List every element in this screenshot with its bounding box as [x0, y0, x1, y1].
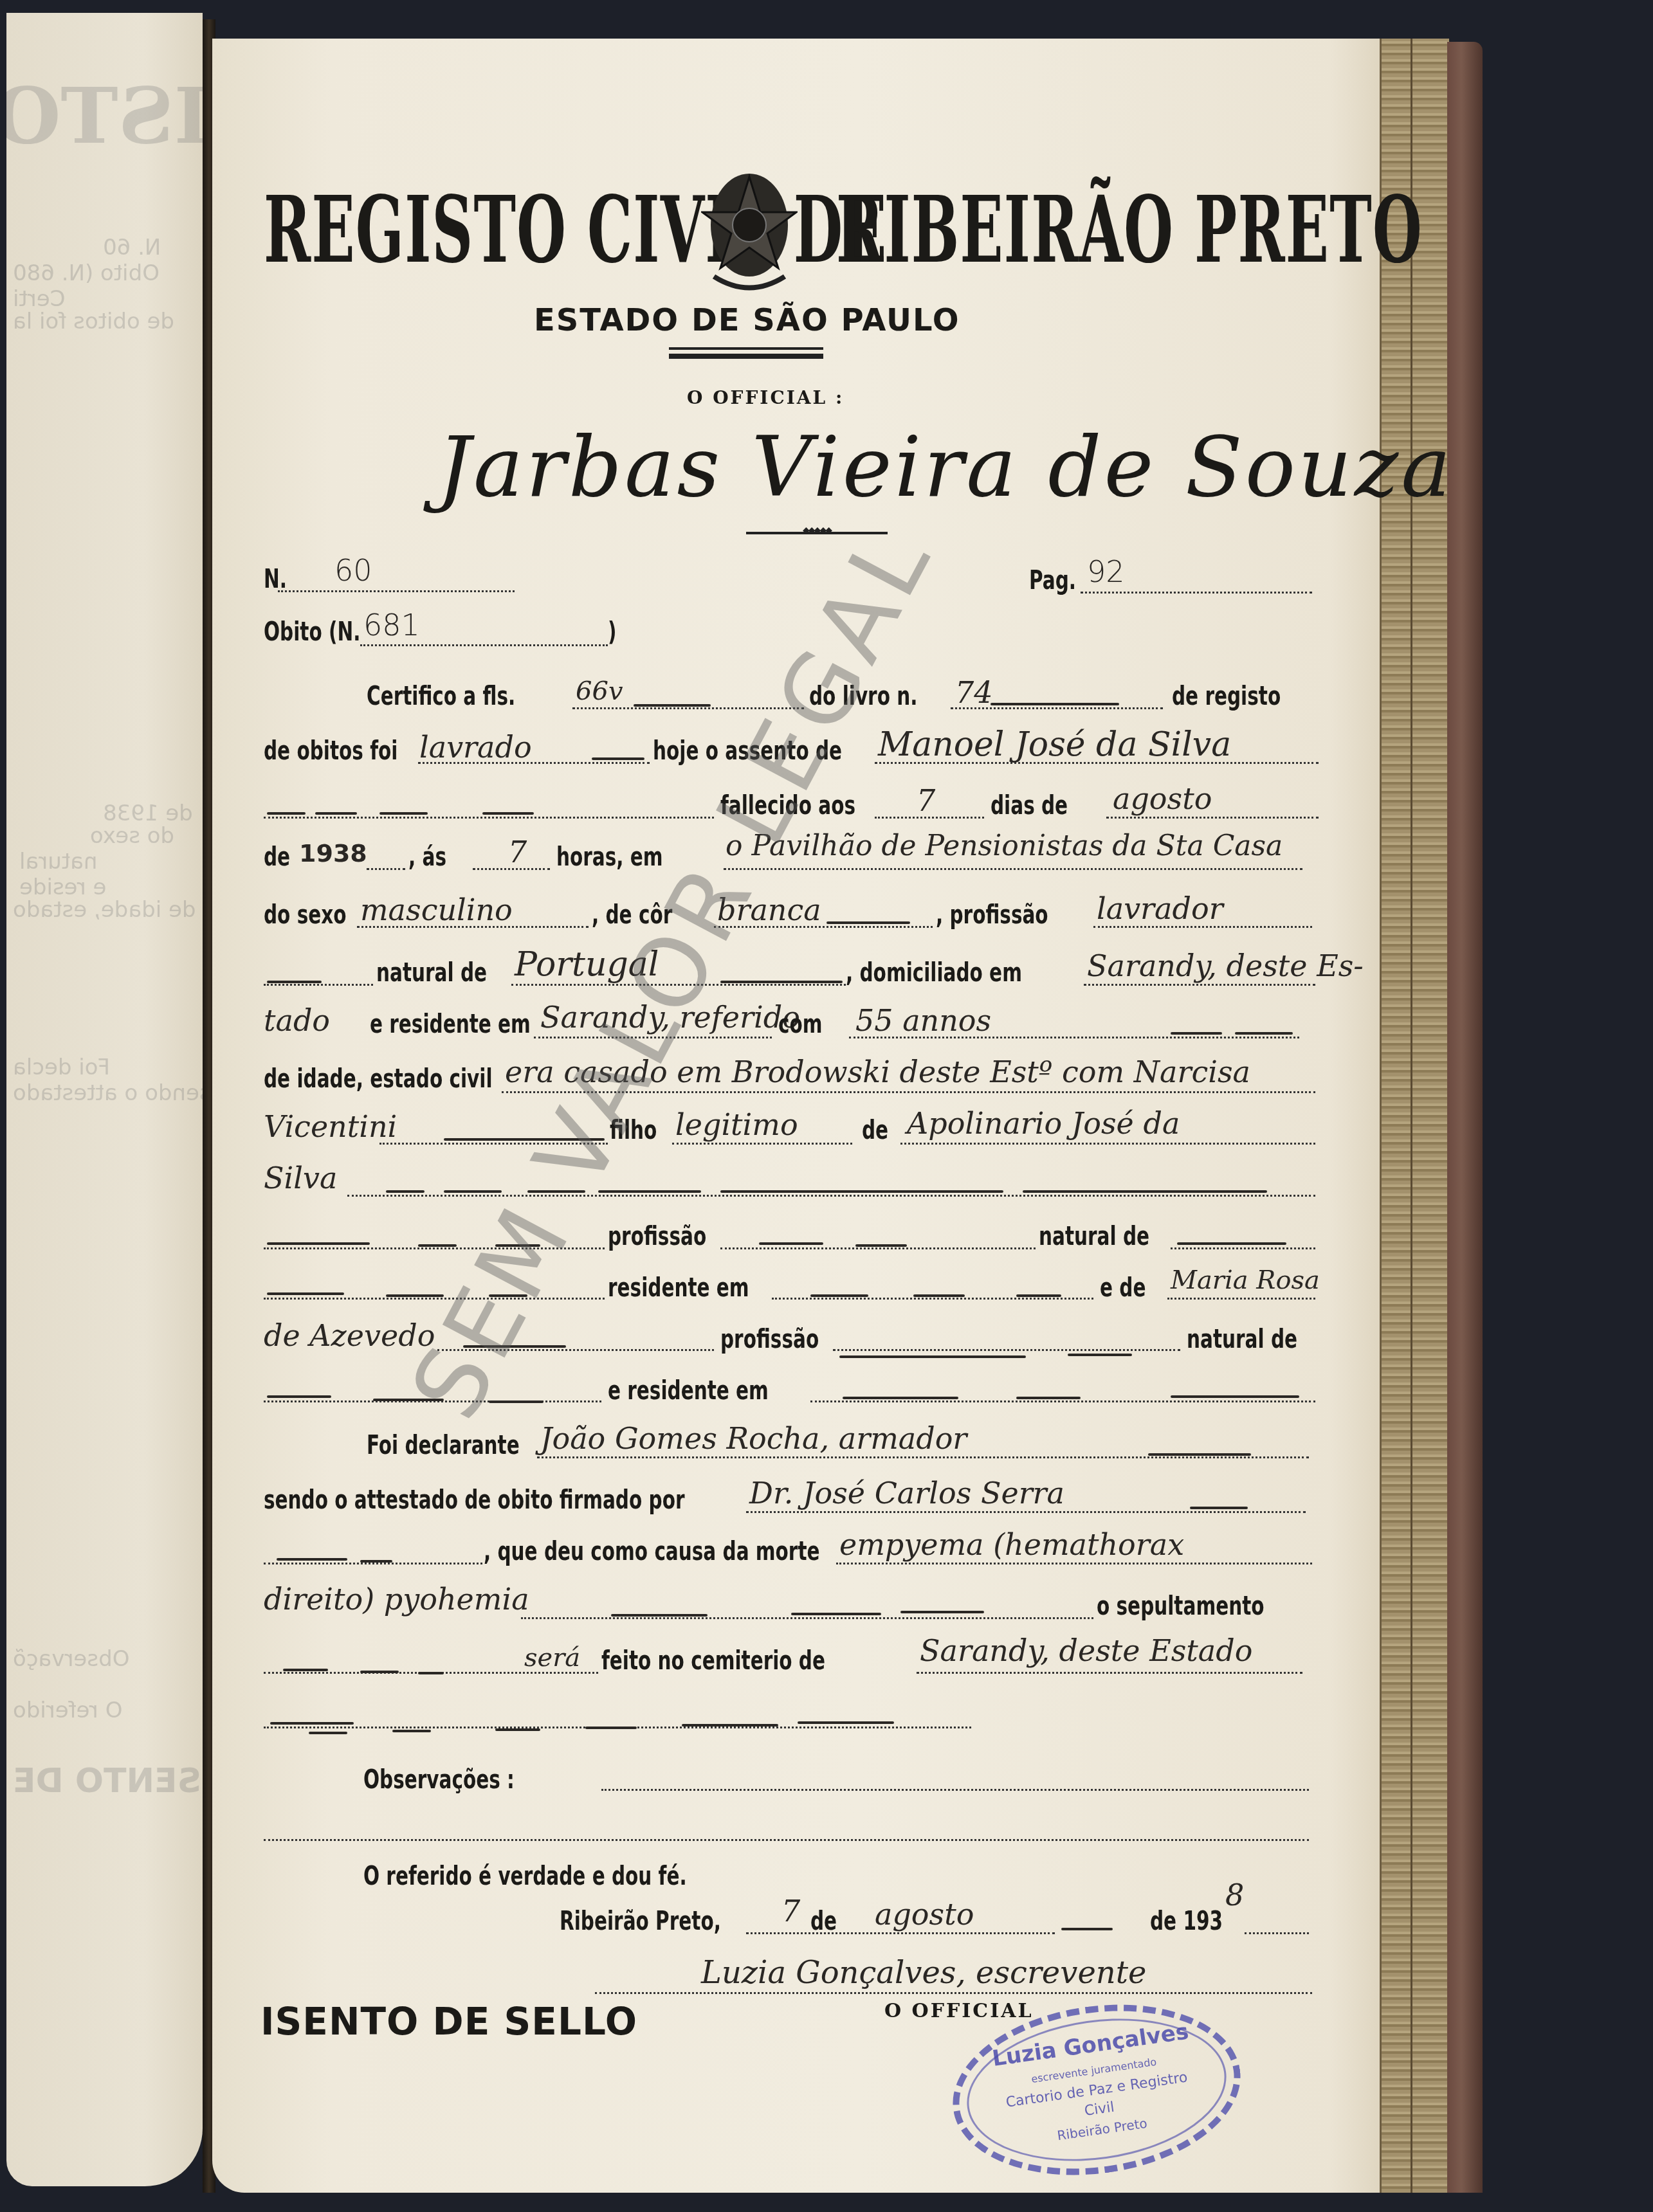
- filler-dash: [720, 1190, 1003, 1193]
- filler-dash: [283, 1669, 328, 1671]
- sexo-value: masculino: [360, 893, 513, 927]
- filler-dash: [1016, 1397, 1081, 1399]
- obito-label: Obito (N.: [264, 617, 360, 647]
- obito-value: 681: [363, 608, 420, 642]
- declarante-value: João Gomes Rocha, armador: [540, 1421, 967, 1456]
- idade-label: de idade, estado civil: [264, 1064, 492, 1094]
- brazil-coat-of-arms-icon: [701, 164, 798, 305]
- date-field-line: [746, 1932, 1055, 1934]
- filler-dash: [392, 1730, 431, 1732]
- ghost-line: O referido: [13, 1698, 122, 1723]
- pag-value: 92: [1087, 554, 1125, 589]
- father-value: Apolinario José da: [907, 1106, 1180, 1141]
- filler-dash: [798, 1721, 894, 1724]
- ghost-line: e reside: [19, 875, 107, 900]
- deceased-name: Manoel José da Silva: [878, 725, 1231, 764]
- causa-cont-line: [521, 1617, 1093, 1619]
- horas-label: horas, em: [556, 842, 663, 872]
- de-year-label: de: [264, 842, 290, 872]
- filler-dash: [267, 1242, 370, 1245]
- year-field-line: [367, 868, 405, 870]
- filler-dash: [791, 1613, 881, 1615]
- residente-label: e residente em: [370, 1010, 531, 1039]
- filler-dash: [682, 1724, 778, 1727]
- declarante-field-line: [537, 1456, 1309, 1458]
- header-rule: [669, 347, 823, 359]
- filler-dash: [827, 921, 910, 924]
- certifico-label: Certifico a fls.: [367, 682, 515, 711]
- date-day-value: 7: [781, 1894, 800, 1928]
- causa-label: , que deu como causa da morte: [484, 1537, 820, 1566]
- mother-profissao-field-line: [833, 1349, 1180, 1351]
- filler-dash: [267, 1292, 344, 1295]
- filler-dash: [495, 1728, 540, 1731]
- mother-residente-field-line: [810, 1401, 1315, 1402]
- filler-dash: [267, 1395, 331, 1398]
- city-label: Ribeirão Preto,: [560, 1907, 721, 1936]
- n-value: 60: [334, 553, 372, 588]
- mother-profissao-label: profissão: [720, 1325, 819, 1354]
- sera-value: será: [524, 1643, 580, 1673]
- filler-dash: [1148, 1453, 1251, 1456]
- filler-dash: [309, 1732, 347, 1734]
- father-field-line: [900, 1143, 1315, 1145]
- filler-dash: [634, 704, 711, 707]
- filler-dash: [810, 1294, 868, 1297]
- month-value: agosto: [1113, 781, 1212, 816]
- n-field-line: [278, 590, 515, 592]
- observacoes-field-line[interactable]: [601, 1789, 1309, 1791]
- ghost-line: sendo o attestado: [13, 1080, 203, 1106]
- filler-dash: [855, 1244, 907, 1247]
- filler-dash: [585, 1727, 637, 1729]
- e-de-label: e de: [1100, 1273, 1146, 1303]
- isento-de-sello-label: ISENTO DE SELLO: [260, 2000, 637, 2044]
- livro-value: 74: [955, 675, 993, 710]
- attestado-label: sendo o attestado de obito firmado por: [264, 1485, 685, 1515]
- filler-dash: [267, 812, 306, 815]
- signer-signature: Luzia Gonçalves, escrevente: [701, 1955, 1146, 1991]
- profissao-field-line: [1093, 926, 1312, 928]
- father-natural-label: natural de: [1039, 1222, 1149, 1251]
- place-field-line: [724, 868, 1302, 870]
- domiciliado-value-cont: tado: [264, 1003, 330, 1038]
- sexo-label: do sexo: [264, 900, 347, 930]
- signature-official-label: O OFFICIAL: [884, 2000, 1034, 2022]
- year-field-line: [1245, 1932, 1309, 1934]
- filler-dash: [1177, 1242, 1286, 1245]
- cemiterio-field-line: [917, 1672, 1302, 1674]
- ghost-line: Certi: [13, 286, 65, 312]
- filler-dash: [418, 1244, 457, 1247]
- filler-dash: [379, 812, 428, 815]
- father-value-cont: Silva: [264, 1161, 337, 1195]
- ghost-line: ISENTO DE: [13, 1762, 203, 1800]
- profissao-value: lavrador: [1097, 891, 1223, 926]
- filho-value: legitimo: [675, 1107, 798, 1142]
- ghost-line: de 1938: [103, 801, 193, 826]
- filler-dash: [360, 1560, 392, 1563]
- de-obitos-label: de obitos foi: [264, 736, 397, 766]
- filler-dash: [1171, 1395, 1299, 1398]
- subtitle-state: ESTADO DE SÃO PAULO: [534, 302, 960, 338]
- causa-value-cont: direito) pyohemia: [264, 1582, 529, 1617]
- place-value: o Pavilhão de Pensionistas da Sta Casa: [726, 829, 1283, 862]
- filler-dash: [720, 981, 843, 983]
- filler-dash: [1023, 1190, 1267, 1193]
- filler-dash: [1061, 1928, 1113, 1930]
- dias-value: 7: [917, 783, 935, 818]
- attestado-value: Dr. José Carlos Serra: [749, 1476, 1064, 1510]
- filler-dash: [759, 1242, 823, 1245]
- hours-value: 7: [508, 835, 527, 869]
- causa-field-line: [836, 1563, 1312, 1564]
- filler-dash: [1235, 1032, 1293, 1035]
- father-residente-field-line: [772, 1298, 1093, 1300]
- ghost-line: do sexo: [90, 823, 174, 849]
- father-profissao-field-line: [720, 1247, 1036, 1249]
- cemiterio-value: Sarandy, deste Estado: [920, 1633, 1252, 1668]
- father-profissao-label: profissão: [608, 1222, 706, 1251]
- date-month-value: agosto: [875, 1897, 974, 1932]
- filler-dash: [270, 1722, 354, 1725]
- signature-line: [595, 1992, 1312, 1994]
- obito-close: ): [608, 617, 616, 647]
- dias-label: dias de: [991, 791, 1068, 820]
- observacoes-label: Observações :: [363, 1765, 515, 1795]
- filler-dash: [386, 1294, 444, 1297]
- father-residente-label: residente em: [608, 1273, 749, 1303]
- mother-field-line: [1167, 1298, 1315, 1300]
- ghost-line: N. 60: [103, 235, 161, 260]
- ghost-line: de obitos foi la: [13, 309, 174, 334]
- filler-dash: [360, 1671, 399, 1673]
- estado-civil-value-cont: Vicentini: [264, 1109, 397, 1144]
- date-year-prefix: de 193: [1150, 1907, 1223, 1936]
- title-right: RIBEIRÃO PRETO: [836, 177, 1423, 284]
- filler-dash: [277, 1558, 347, 1561]
- filler-dash: [592, 757, 644, 760]
- referido-label: O referido é verdade e dou fé.: [363, 1862, 687, 1891]
- domiciliado-field-line: [1084, 984, 1315, 986]
- declarante-label: Foi declarante: [367, 1431, 520, 1460]
- ghost-line: Obito (N. 680: [13, 260, 160, 286]
- ghost-line: Foi decla: [13, 1055, 110, 1080]
- book-cover-board: [1447, 42, 1483, 2193]
- com-label: com: [778, 1010, 823, 1039]
- ghost-line: de idade, estado: [13, 897, 196, 923]
- left-facing-page: REGISTO N. 60 Obito (N. 680 Certi de obi…: [6, 13, 203, 2186]
- obito-field-line: [360, 644, 608, 646]
- filler-dash: [267, 981, 322, 983]
- idade-value: 55 annos: [855, 1003, 991, 1038]
- filler-dash: [1068, 1354, 1132, 1356]
- ghost-line: natural: [19, 849, 98, 875]
- filler-dash: [900, 1611, 984, 1613]
- date-year-suffix: 8: [1225, 1878, 1244, 1912]
- feito-label: feito no cemiterio de: [601, 1646, 825, 1676]
- ghost-title: REGISTO: [6, 71, 203, 161]
- book-edge-cloth: [1380, 39, 1449, 2193]
- father-natural-field-line: [1171, 1247, 1315, 1249]
- domiciliado-value: Sarandy, deste Es-: [1087, 948, 1364, 983]
- profissao-label: , profissão: [936, 900, 1048, 930]
- filler-dash: [482, 812, 534, 815]
- pre-natural-line: [264, 984, 373, 986]
- filler-dash: [315, 812, 357, 815]
- sepultamento-label: o sepultamento: [1097, 1591, 1265, 1621]
- ghost-line: Observaçõ: [13, 1646, 129, 1672]
- observacoes-field-line-2[interactable]: [264, 1839, 1309, 1841]
- as-label: , ás: [408, 842, 446, 872]
- de-label: de: [862, 1116, 888, 1145]
- pre-causa-line: [264, 1563, 482, 1564]
- attestado-field-line: [746, 1511, 1306, 1513]
- filler-dash: [386, 1190, 425, 1193]
- mother-value: Maria Rosa: [1171, 1265, 1320, 1295]
- official-name: Jarbas Vieira de Souza: [437, 418, 1454, 516]
- month-field-line: [1106, 817, 1319, 819]
- foi-value: lavrado: [419, 730, 532, 765]
- deceased-cont-line: [264, 817, 714, 819]
- de-registo-label: de registo: [1172, 682, 1281, 711]
- causa-value: empyema (hemathorax: [839, 1527, 1184, 1562]
- official-label: O OFFICIAL :: [687, 387, 844, 408]
- mother-residente-label: e residente em: [608, 1376, 769, 1406]
- date-de-label: de: [810, 1907, 837, 1936]
- filler-dash: [839, 1355, 1026, 1358]
- filho-field-line: [672, 1143, 852, 1145]
- filler-dash: [1016, 1294, 1061, 1297]
- mother-natural-label: natural de: [1187, 1325, 1297, 1354]
- year-value: 1938: [299, 839, 367, 867]
- filler-dash: [611, 1614, 708, 1617]
- pag-field-line: [1081, 592, 1312, 594]
- filler-dash: [1190, 1507, 1248, 1509]
- filler-dash: [991, 703, 1119, 705]
- filler-dash: [843, 1397, 958, 1399]
- filler-dash: [913, 1294, 965, 1297]
- pag-label: Pag.: [1029, 566, 1076, 595]
- filler-dash: [1171, 1032, 1222, 1035]
- fls-value: 66v: [576, 676, 623, 706]
- natural-label: natural de: [376, 958, 487, 988]
- domiciliado-label: , domiciliado em: [846, 958, 1022, 988]
- filler-dash: [418, 1672, 444, 1674]
